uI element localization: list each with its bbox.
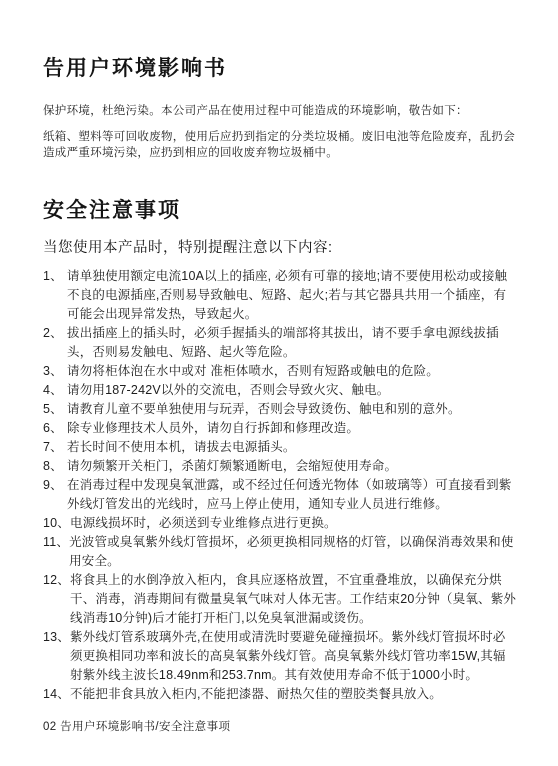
env-body-paragraph: 纸箱、塑料等可回收废物，使用后应扔到指定的分类垃圾桶。废旧电池等危险废弃，乱扔会… (43, 129, 518, 161)
item-text: 请勿将柜体泡在水中或对 准柜体喷水，否则有短路或触电的危险。 (67, 362, 518, 381)
safety-list-item: 14、不能把非食具放入柜内,不能把漆器、耐热欠佳的塑胶类餐具放入。 (43, 685, 518, 704)
item-number: 10、 (43, 514, 70, 533)
item-text: 请教育儿童不要单独使用与玩弄，否则会导致烫伤、触电和别的意外。 (67, 400, 518, 419)
safety-list-item: 7、若长时间不使用本机，请拔去电源插头。 (43, 438, 518, 457)
item-text: 若长时间不使用本机，请拔去电源插头。 (67, 438, 518, 457)
env-intro-paragraph: 保护环境，杜绝污染。本公司产品在使用过程中可能造成的环境影响，敬告如下： (43, 103, 518, 119)
item-number: 12、 (43, 571, 70, 590)
safety-list-item: 12、将食具上的水倒净放入柜内，食具应逐格放置，不宜重叠堆放，以确保充分烘干、消… (43, 571, 518, 628)
item-number: 2、 (43, 324, 67, 343)
item-number: 7、 (43, 438, 67, 457)
item-text: 不能把非食具放入柜内,不能把漆器、耐热欠佳的塑胶类餐具放入。 (70, 685, 518, 704)
item-text: 除专业修理技术人员外，请勿自行拆卸和修理改造。 (67, 419, 518, 438)
safety-list-item: 4、请勿用187-242V以外的交流电，否则会导致火灾、触电。 (43, 381, 518, 400)
item-number: 11、 (43, 533, 69, 552)
item-number: 8、 (43, 457, 67, 476)
item-text: 请单独使用额定电流10A以上的插座, 必须有可靠的接地;请不要使用松动或接触不良… (67, 267, 518, 324)
item-number: 13、 (43, 628, 70, 647)
item-number: 5、 (43, 400, 67, 419)
item-text: 光波管或臭氧紫外线灯管损坏，必须更换相同规格的灯管，以确保消毒效果和使用安全。 (69, 533, 518, 571)
safety-list-item: 3、请勿将柜体泡在水中或对 准柜体喷水，否则有短路或触电的危险。 (43, 362, 518, 381)
safety-list-item: 2、拔出插座上的插头时，必须手握插头的端部将其拔出，请不要手拿电源线拔插头，否则… (43, 324, 518, 362)
env-impact-title: 告用户环境影响书 (43, 0, 518, 82)
item-number: 3、 (43, 362, 67, 381)
document-page: 告用户环境影响书 保护环境，杜绝污染。本公司产品在使用过程中可能造成的环境影响，… (0, 0, 558, 766)
safety-list-item: 1、请单独使用额定电流10A以上的插座, 必须有可靠的接地;请不要使用松动或接触… (43, 267, 518, 324)
safety-list-item: 13、紫外线灯管系玻璃外壳,在使用或清洗时要避免碰撞损坏。紫外线灯管损坏时必须更… (43, 628, 518, 685)
safety-list: 1、请单独使用额定电流10A以上的插座, 必须有可靠的接地;请不要使用松动或接触… (43, 267, 518, 704)
item-number: 4、 (43, 381, 67, 400)
item-text: 紫外线灯管系玻璃外壳,在使用或清洗时要避免碰撞损坏。紫外线灯管损坏时必须更换相同… (70, 628, 518, 685)
safety-list-item: 8、请勿频繁开关柜门，杀菌灯频繁通断电，会缩短使用寿命。 (43, 457, 518, 476)
item-number: 9、 (43, 476, 67, 495)
safety-list-item: 10、电源线损坏时，必须送到专业维修点进行更换。 (43, 514, 518, 533)
safety-subtitle: 当您使用本产品时，特别提醒注意以下内容: (43, 238, 518, 258)
safety-list-item: 9、在消毒过程中发现臭氧泄露，或不经过任何透光物体（如玻璃等）可直接看到紫外线灯… (43, 476, 518, 514)
item-text: 请勿频繁开关柜门，杀菌灯频繁通断电，会缩短使用寿命。 (67, 457, 518, 476)
item-number: 6、 (43, 419, 67, 438)
item-text: 电源线损坏时，必须送到专业维修点进行更换。 (70, 514, 518, 533)
item-text: 将食具上的水倒净放入柜内，食具应逐格放置，不宜重叠堆放，以确保充分烘干、消毒，消… (70, 571, 518, 628)
safety-list-item: 6、除专业修理技术人员外，请勿自行拆卸和修理改造。 (43, 419, 518, 438)
safety-list-item: 5、请教育儿童不要单独使用与玩弄，否则会导致烫伤、触电和别的意外。 (43, 400, 518, 419)
safety-title: 安全注意事项 (43, 161, 518, 224)
item-number: 14、 (43, 685, 70, 704)
item-text: 请勿用187-242V以外的交流电，否则会导致火灾、触电。 (67, 381, 518, 400)
item-text: 在消毒过程中发现臭氧泄露，或不经过任何透光物体（如玻璃等）可直接看到紫外线灯管发… (67, 476, 518, 514)
page-footer: 02 告用户环境影响书/安全注意事项 (43, 720, 230, 735)
item-number: 1、 (43, 267, 67, 286)
item-text: 拔出插座上的插头时，必须手握插头的端部将其拔出，请不要手拿电源线拔插头，否则易发… (67, 324, 518, 362)
safety-list-item: 11、光波管或臭氧紫外线灯管损坏，必须更换相同规格的灯管，以确保消毒效果和使用安… (43, 533, 518, 571)
